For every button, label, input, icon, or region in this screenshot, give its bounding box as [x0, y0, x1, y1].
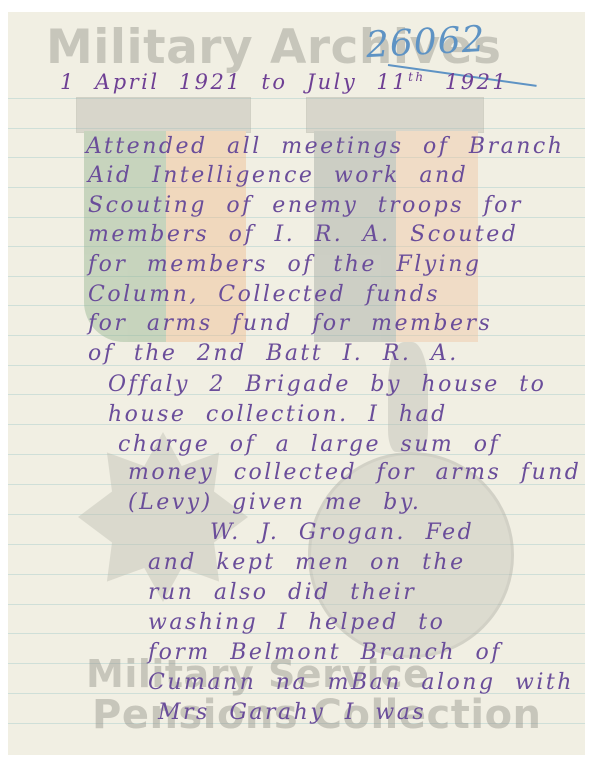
body-line: house collection. I had [108, 402, 585, 427]
body-line: washing I helped to [148, 610, 585, 635]
body-line: of the 2nd Batt I. R. A. [88, 341, 585, 366]
body-line: charge of a large sum of [118, 432, 585, 457]
date-start: 1 April 1921 to July 11 [60, 70, 408, 94]
body-line: Mrs Garahy I was [158, 700, 585, 725]
body-line: Cumann na mBan along with [148, 670, 585, 695]
date-end: 1921 [445, 70, 508, 94]
body-line: money collected for arms fund [128, 460, 585, 485]
body-line: Offaly 2 Brigade by house to [108, 372, 585, 397]
body-line: members of I. R. A. Scouted [88, 222, 585, 247]
watermark-medal-star [78, 432, 248, 602]
body-line: W. J. Grogan. Fed [210, 520, 585, 545]
document-page: Military Archives Military Service Pensi… [8, 12, 585, 755]
body-line: form Belmont Branch of [148, 640, 585, 665]
body-line: Attended all meetings of Branch [86, 134, 585, 159]
body-line: and kept men on the [148, 550, 585, 575]
body-line: Scouting of enemy troops for [88, 193, 585, 218]
reference-number: 26062 [365, 19, 487, 66]
body-line: Column, Collected funds [88, 282, 585, 307]
body-line: run also did their [148, 580, 585, 605]
date-superscript: th [408, 70, 426, 84]
body-line: (Levy) given me by. [128, 490, 585, 515]
date-range: 1 April 1921 to July 11th 1921 [60, 70, 585, 94]
body-line: for members of the Flying [88, 252, 585, 277]
body-line: for arms fund for members [88, 311, 585, 336]
body-line: Aid Intelligence work and [88, 163, 585, 188]
